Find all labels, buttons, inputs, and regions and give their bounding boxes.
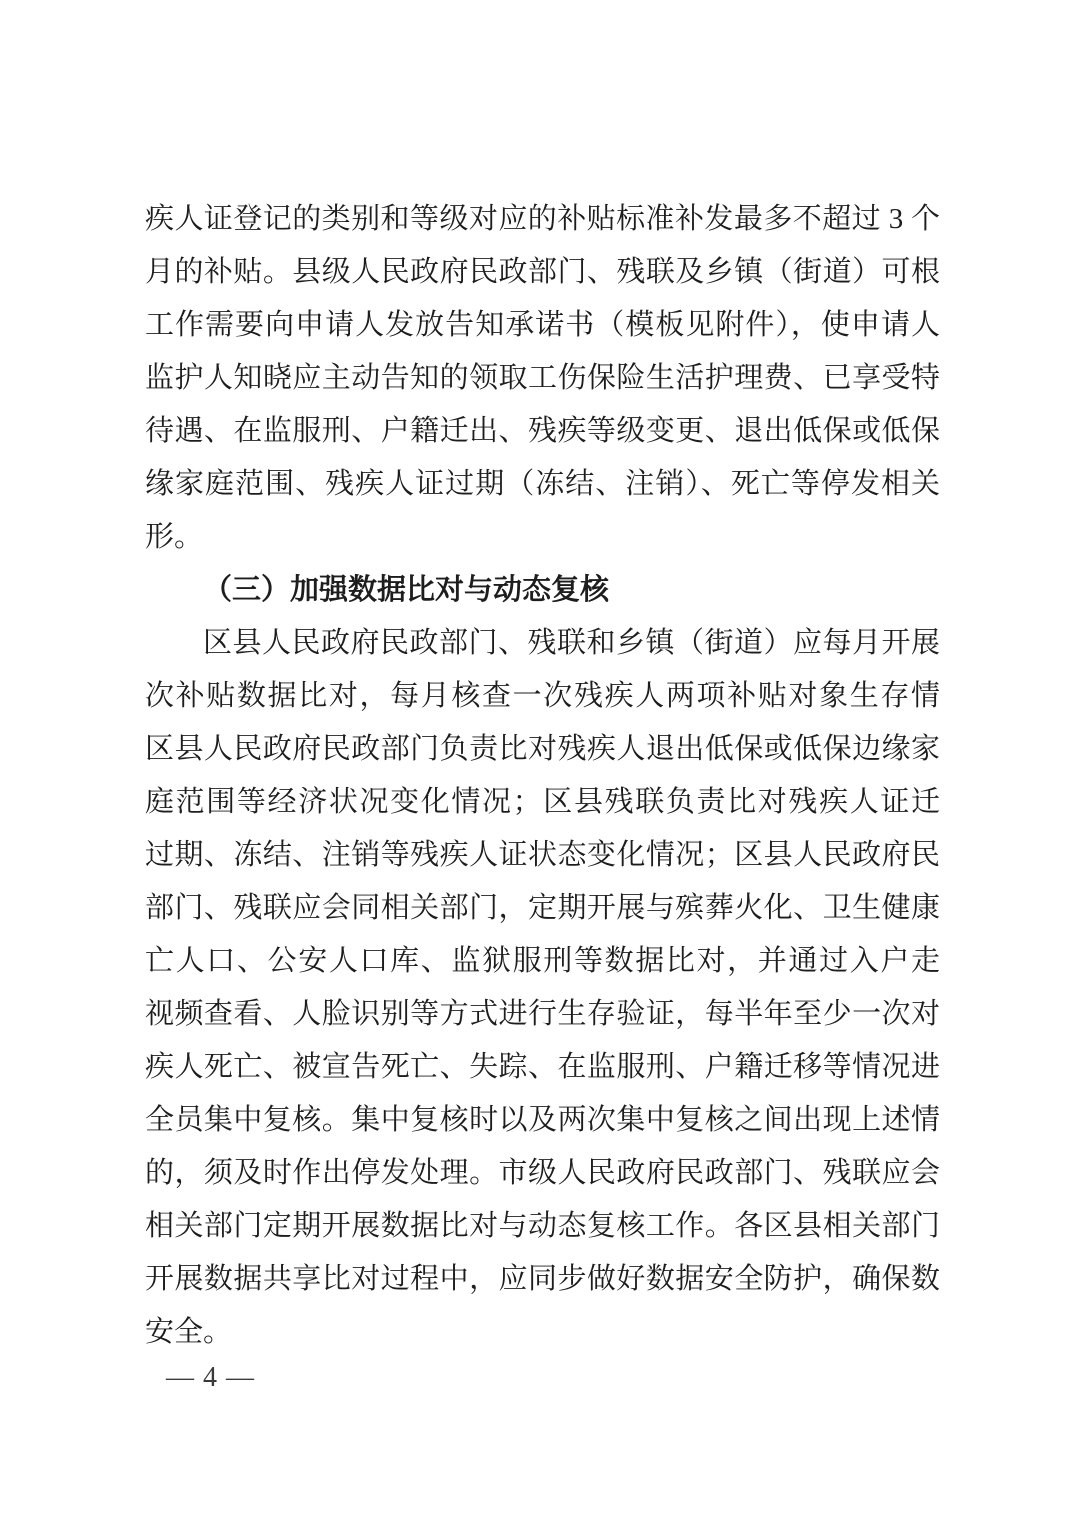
body-text-line: 庭范围等经济状况变化情况；区县残联负责比对残疾人证迁出、 — [145, 776, 940, 829]
body-text-line: 的，须及时作出停发处理。市级人民政府民政部门、残联应会同 — [145, 1147, 940, 1200]
body-text-line: 区县人民政府民政部门、残联和乡镇（街道）应每月开展一 — [145, 617, 940, 670]
document-body: 疾人证登记的类别和等级对应的补贴标准补发最多不超过 3 个月的补贴。县级人民政府… — [145, 193, 940, 1359]
body-text-line: 次补贴数据比对，每月核查一次残疾人两项补贴对象生存情况； — [145, 670, 940, 723]
body-text-line: 疾人死亡、被宣告死亡、失踪、在监服刑、户籍迁移等情况进行 — [145, 1041, 940, 1094]
body-text-line: 过期、冻结、注销等残疾人证状态变化情况；区县人民政府民政 — [145, 829, 940, 882]
body-text-line: 缘家庭范围、残疾人证过期（冻结、注销）、死亡等停发相关情 — [145, 458, 940, 511]
body-text-line: 区县人民政府民政部门负责比对残疾人退出低保或低保边缘家 — [145, 723, 940, 776]
body-text-line: 监护人知晓应主动告知的领取工伤保险生活护理费、已享受特困 — [145, 352, 940, 405]
body-text-line: 形。 — [145, 511, 940, 564]
section-heading: （三）加强数据比对与动态复核 — [145, 564, 940, 617]
body-text-line: 全员集中复核。集中复核时以及两次集中复核之间出现上述情况 — [145, 1094, 940, 1147]
body-text-line: 安全。 — [145, 1306, 940, 1359]
body-text-line: 月的补贴。县级人民政府民政部门、残联及乡镇（街道）可根据 — [145, 246, 940, 299]
document-page: 疾人证登记的类别和等级对应的补贴标准补发最多不超过 3 个月的补贴。县级人民政府… — [0, 0, 1074, 1520]
body-text-line: 待遇、在监服刑、户籍迁出、残疾等级变更、退出低保或低保边 — [145, 405, 940, 458]
body-text-line: 部门、残联应会同相关部门，定期开展与殡葬火化、卫生健康死 — [145, 882, 940, 935]
body-text-line: 开展数据共享比对过程中，应同步做好数据安全防护，确保数据 — [145, 1253, 940, 1306]
page-number: — 4 — — [166, 1362, 255, 1394]
body-text-line: 视频查看、人脸识别等方式进行生存验证，每半年至少一次对残 — [145, 988, 940, 1041]
body-text-line: 亡人口、公安人口库、监狱服刑等数据比对，并通过入户走访、 — [145, 935, 940, 988]
body-text-line: 疾人证登记的类别和等级对应的补贴标准补发最多不超过 3 个 — [145, 193, 940, 246]
body-text-line: 工作需要向申请人发放告知承诺书（模板见附件），使申请人或 — [145, 299, 940, 352]
body-text-line: 相关部门定期开展数据比对与动态复核工作。各区县相关部门在 — [145, 1200, 940, 1253]
